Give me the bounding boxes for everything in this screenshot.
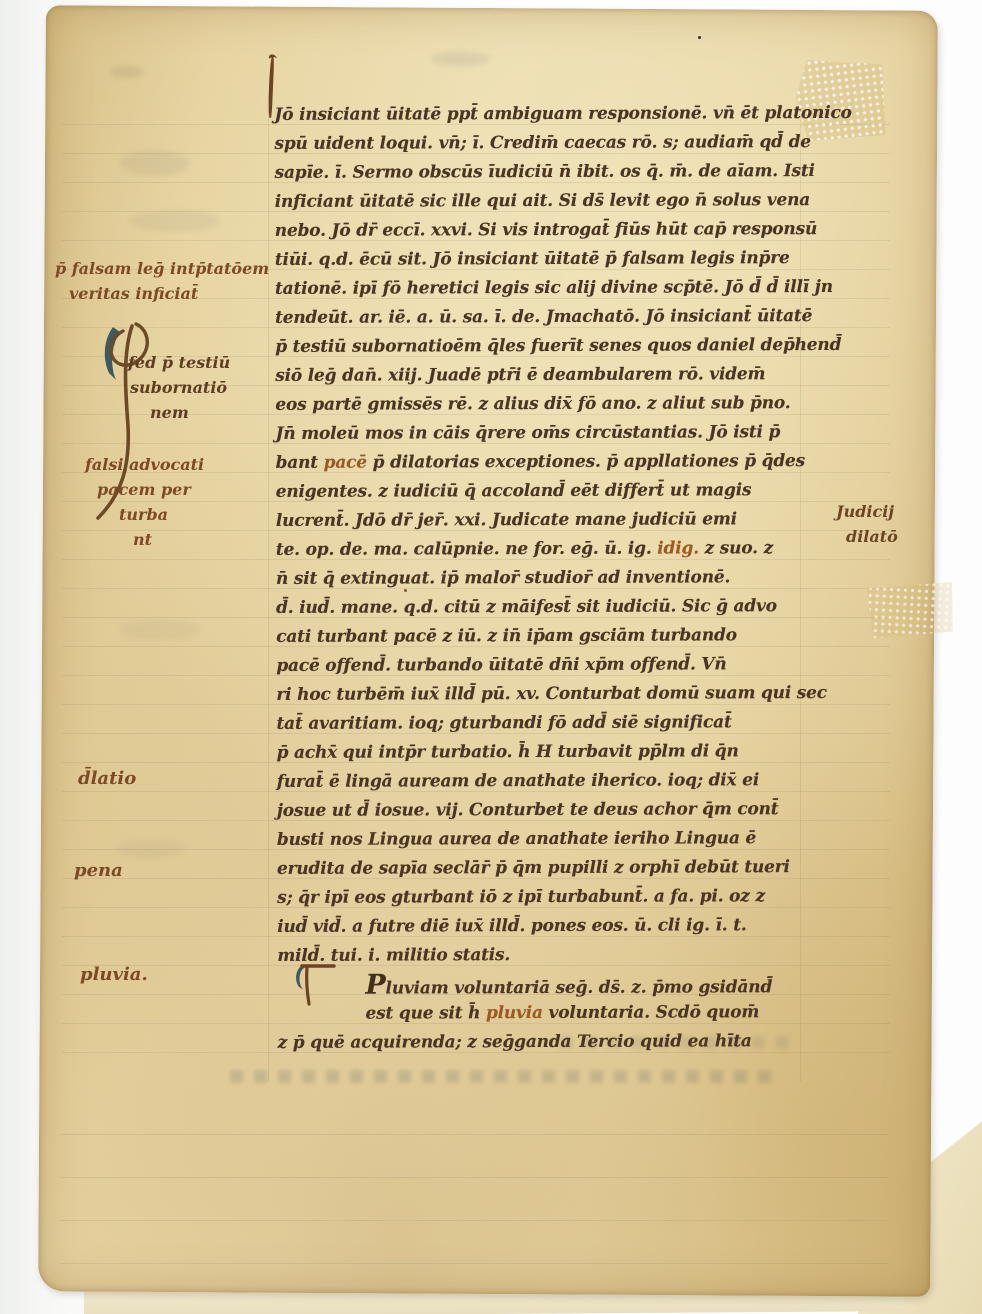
- text-segment: est que sit h̄: [365, 1003, 485, 1023]
- text-line: tat̄ avaritiam. ioq; gturbandi fō add̄ s…: [276, 708, 800, 739]
- margin-note-judicii-dilatio: Judicijdilatō: [836, 500, 898, 550]
- margin-note-line: pluvia.: [80, 962, 148, 987]
- ghost-text-band: [230, 1070, 775, 1083]
- manuscript-scan: Jō insiciant ūitatē ppt̄ ambiguam respon…: [0, 0, 982, 1314]
- margin-note-line: falsi advocati: [85, 452, 204, 477]
- text-line: tationē. ipī fō heretici legis sic alij …: [275, 273, 799, 304]
- text-segment: idig.: [657, 538, 699, 558]
- text-line: est que sit h̄ pluvia voluntaria. Scdō q…: [277, 998, 801, 1029]
- text-column: Jō insiciant ūitatē ppt̄ ambiguam respon…: [274, 99, 801, 1058]
- margin-note-line: nt: [133, 527, 204, 552]
- text-line: p̄ testiū subornatioēm q̄les fuerīt sene…: [275, 331, 799, 362]
- text-segment: furat̄ ē lingā auream de anathate iheric…: [277, 770, 759, 792]
- text-segment: sapīe. ī. Sermo obscūs īudiciū n̄ ibit. …: [275, 161, 815, 183]
- text-segment: p̄ achx̄ qui intp̄r turbatio. h̄ H turba…: [277, 741, 739, 763]
- ghost-stain: [130, 210, 220, 232]
- text-segment: voluntaria. Scdō quom̄: [543, 1002, 759, 1023]
- text-segment: eos partē gmissēs rē. z alius dix̄ fō an…: [275, 393, 790, 415]
- ruling-lines-lower: [60, 1092, 888, 1268]
- margin-note-dilatio: d̄latio: [78, 766, 136, 791]
- repair-mesh-patch-top: [791, 51, 891, 145]
- text-segment: pacē offend̄. turbando ūitatē dn̄i xp̄m …: [276, 654, 726, 676]
- text-line: enigentes. z iudiciū q̄ accoland̄ eēt di…: [276, 476, 800, 507]
- text-segment: inficiant ūitatē sic ille qui ait. Si ds…: [275, 190, 810, 212]
- text-segment: s; q̄r ipī eos gturbant iō z ipī turbabu…: [277, 886, 765, 908]
- margin-note-line: p̄ falsam leḡ intp̄tatōem: [55, 256, 269, 281]
- text-line: tendeūt. ar. iē. a. ū. sa. ī. de. Jmacha…: [275, 302, 799, 333]
- text-segment: p̄ dilatorias exceptiones. p̄ appllation…: [367, 451, 805, 473]
- text-segment: ri hoc turbēm̄ iux̄ illd̄ pū. xv. Contur…: [276, 683, 827, 705]
- margin-note-line: turba: [119, 502, 204, 527]
- text-line: Jō insiciant ūitatē ppt̄ ambiguam respon…: [274, 99, 798, 130]
- ghost-stain: [115, 840, 185, 858]
- text-segment: spū uident loqui. vn̄; ī. Credim̄ caecas…: [274, 132, 810, 154]
- text-segment: josue ut d̄ iosue. vij. Conturbet te deu…: [277, 799, 779, 821]
- text-segment: cati turbant pacē z iū. z in̄ ip̄am gsci…: [276, 625, 737, 647]
- text-line: spū uident loqui. vn̄; ī. Credim̄ caecas…: [274, 128, 798, 159]
- margin-note-line: subornatiō: [130, 375, 230, 400]
- text-line: inficiant ūitatē sic ille qui ait. Si ds…: [275, 186, 799, 217]
- text-segment: enigentes. z iudiciū q̄ accoland̄ eēt di…: [276, 480, 752, 502]
- text-segment: pacē: [324, 453, 367, 473]
- margin-note-falsi-advocati: falsi advocatipacem perturbant: [85, 452, 204, 552]
- text-segment: Jn̄ moleū mos in cāis q̄rere om̄s circūs…: [275, 422, 780, 444]
- text-line: Pluviam voluntariā seḡ. ds̄. z. p̄mo gsi…: [277, 969, 801, 1000]
- margin-note-line: d̄latio: [78, 766, 136, 791]
- text-line: d̄. iud̄. mane. q.d. citū z māifest̄ sit…: [276, 592, 800, 623]
- text-segment: d̄. iud̄. mane. q.d. citū z māifest̄ sit…: [276, 596, 777, 618]
- text-segment: siō leḡ dan̄. xiij. Juadē ptr̄i ē deambu…: [275, 364, 765, 386]
- text-line: bant pacē p̄ dilatorias exceptiones. p̄ …: [276, 447, 800, 478]
- margin-note-line: pena: [74, 858, 123, 883]
- pencil-smudge: [110, 66, 144, 78]
- text-segment: lucrent̄. Jdō dr̄ jer̄. xxi. Judicate ma…: [276, 509, 737, 531]
- ghost-stain: [430, 52, 490, 66]
- text-line: mild̄. tui. i. militio statis.: [277, 940, 801, 971]
- text-line: s; q̄r ipī eos gturbant iō z ipī turbabu…: [277, 882, 801, 913]
- text-line: tiūi. q.d. ēcū sit. Jō insiciant ūitatē …: [275, 244, 799, 275]
- text-segment: p̄ testiū subornatioēm q̄les fuerīt sene…: [275, 335, 841, 357]
- text-line: te. op. de. ma. calūpnie. ne for. eḡ. ū.…: [276, 534, 800, 565]
- text-line: josue ut d̄ iosue. vij. Conturbet te deu…: [277, 795, 801, 826]
- margin-note-line: pacem per: [97, 477, 204, 502]
- text-segment: iud̄ vid̄. a futre diē iux̄ illd̄. pones…: [277, 915, 746, 937]
- text-segment: Jō insiciant ūitatē ppt̄ ambiguam respon…: [274, 103, 851, 125]
- text-line: z p̄ quē acquirenda; z seḡganda Tercio q…: [278, 1027, 802, 1058]
- text-line: lucrent̄. Jdō dr̄ jer̄. xxi. Judicate ma…: [276, 505, 800, 536]
- text-segment: pluvia: [486, 1003, 543, 1023]
- text-segment: n̄ sit q̄ extinguat. ip̄ malor̄ studior̄…: [276, 567, 730, 589]
- margin-note-subornationem: fed p̄ testiūsubornatiōnem: [128, 350, 230, 425]
- margin-note-line: nem: [150, 400, 230, 425]
- text-line: sapīe. ī. Sermo obscūs īudiciū n̄ ibit. …: [275, 157, 799, 188]
- ruling-vertical-left: [268, 96, 269, 1082]
- text-segment: tat̄ avaritiam. ioq; gturbandi fō add̄ s…: [276, 712, 731, 734]
- text-segment: Pluviam voluntariā seḡ. ds̄. z. p̄mo gsi…: [365, 977, 772, 998]
- margin-note-pluvia: pluvia.: [80, 962, 148, 987]
- text-line: eos partē gmissēs rē. z alius dix̄ fō an…: [275, 389, 799, 420]
- margin-note-line: dilatō: [846, 525, 898, 550]
- text-line: Jn̄ moleū mos in cāis q̄rere om̄s circūs…: [275, 418, 799, 449]
- text-line: nebo. Jō dr̄ eccī. xxvi. Si vis introgat…: [275, 215, 799, 246]
- margin-note-line: veritas inficiat̄: [69, 281, 269, 306]
- text-line: cati turbant pacē z iū. z in̄ ip̄am gsci…: [276, 621, 800, 652]
- text-line: erudita de sapīa seclār̄ p̄ q̄m pupilli …: [277, 853, 801, 884]
- text-line: p̄ achx̄ qui intp̄r turbatio. h̄ H turba…: [277, 737, 801, 768]
- text-segment: bant: [276, 453, 324, 473]
- text-line: iud̄ vid̄. a futre diē iux̄ illd̄. pones…: [277, 911, 801, 942]
- margin-note-pena: pena: [74, 858, 123, 883]
- text-segment: busti nos Lingua aurea de anathate ierih…: [277, 828, 756, 850]
- text-segment: tendeūt. ar. iē. a. ū. sa. ī. de. Jmacha…: [275, 306, 812, 328]
- margin-note-line: Judicij: [836, 500, 898, 525]
- text-line: furat̄ ē lingā auream de anathate iheric…: [277, 766, 801, 797]
- text-line: siō leḡ dan̄. xiij. Juadē ptr̄i ē deambu…: [275, 360, 799, 391]
- text-line: busti nos Lingua aurea de anathate ierih…: [277, 824, 801, 855]
- ink-speck: [698, 36, 701, 39]
- text-segment: te. op. de. ma. calūpnie. ne for. eḡ. ū.…: [276, 539, 657, 560]
- text-segment: mild̄. tui. i. militio statis.: [277, 945, 510, 966]
- text-segment: tiūi. q.d. ēcū sit. Jō insiciant ūitatē …: [275, 248, 790, 270]
- text-segment: z suo. z: [699, 538, 773, 558]
- text-line: n̄ sit q̄ extinguat. ip̄ malor̄ studior̄…: [276, 563, 800, 594]
- text-line: pacē offend̄. turbando ūitatē dn̄i xp̄m …: [276, 650, 800, 681]
- text-segment: nebo. Jō dr̄ eccī. xxvi. Si vis introgat…: [275, 219, 817, 241]
- ghost-stain: [120, 620, 200, 640]
- text-segment: erudita de sapīa seclār̄ p̄ q̄m pupilli …: [277, 857, 790, 879]
- ghost-stain: [120, 150, 190, 176]
- margin-note-falsam-legis: p̄ falsam leḡ intp̄tatōemveritas inficia…: [55, 256, 269, 306]
- text-line: ri hoc turbēm̄ iux̄ illd̄ pū. xv. Contur…: [276, 679, 800, 710]
- margin-note-line: fed p̄ testiū: [128, 350, 230, 375]
- text-segment: tationē. ipī fō heretici legis sic alij …: [275, 277, 833, 299]
- text-segment: z p̄ quē acquirenda; z seḡganda Tercio q…: [278, 1031, 752, 1053]
